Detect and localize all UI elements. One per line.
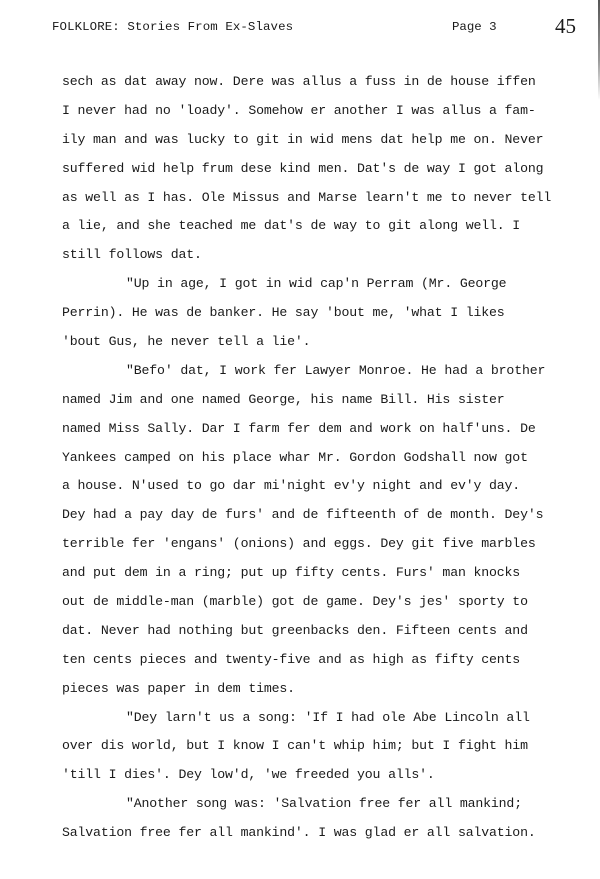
text-line: I never had no 'loady'. Somehow er anoth… (62, 97, 600, 126)
text-line: sech as dat away now. Dere was allus a f… (62, 68, 600, 97)
text-line: named Miss Sally. Dar I farm fer dem and… (62, 415, 600, 444)
document-body: sech as dat away now. Dere was allus a f… (62, 68, 600, 848)
paragraph-first-line: "Befo' dat, I work fer Lawyer Monroe. He… (62, 357, 600, 386)
page-label: Page 3 (452, 20, 497, 34)
text-line: out de middle-man (marble) got de game. … (62, 588, 600, 617)
paragraph-first-line: "Another song was: 'Salvation free fer a… (62, 790, 600, 819)
text-line: Yankees camped on his place whar Mr. Gor… (62, 444, 600, 473)
text-line: a lie, and she teached me dat's de way t… (62, 212, 600, 241)
text-line: and put dem in a ring; put up fifty cent… (62, 559, 600, 588)
text-line: a house. N'used to go dar mi'night ev'y … (62, 472, 600, 501)
text-line: named Jim and one named George, his name… (62, 386, 600, 415)
running-title: FOLKLORE: Stories From Ex-Slaves (52, 20, 293, 34)
text-line: Salvation free fer all mankind'. I was g… (62, 819, 600, 848)
text-line: suffered wid help frum dese kind men. Da… (62, 155, 600, 184)
paragraph-first-line: "Up in age, I got in wid cap'n Perram (M… (62, 270, 600, 299)
page-header: FOLKLORE: Stories From Ex-Slaves Page 3 … (52, 14, 576, 38)
text-line: ten cents pieces and twenty-five and as … (62, 646, 600, 675)
text-line: ily man and was lucky to git in wid mens… (62, 126, 600, 155)
text-line: terrible fer 'engans' (onions) and eggs.… (62, 530, 600, 559)
text-line: pieces was paper in dem times. (62, 675, 600, 704)
text-line: 'till I dies'. Dey low'd, 'we freeded yo… (62, 761, 600, 790)
text-line: as well as I has. Ole Missus and Marse l… (62, 184, 600, 213)
text-line: Dey had a pay day de furs' and de fiftee… (62, 501, 600, 530)
paragraph-first-line: "Dey larn't us a song: 'If I had ole Abe… (62, 704, 600, 733)
text-line: dat. Never had nothing but greenbacks de… (62, 617, 600, 646)
text-line: 'bout Gus, he never tell a lie'. (62, 328, 600, 357)
text-line: Perrin). He was de banker. He say 'bout … (62, 299, 600, 328)
text-line: still follows dat. (62, 241, 600, 270)
folio-number: 45 (555, 14, 576, 39)
text-line: over dis world, but I know I can't whip … (62, 732, 600, 761)
